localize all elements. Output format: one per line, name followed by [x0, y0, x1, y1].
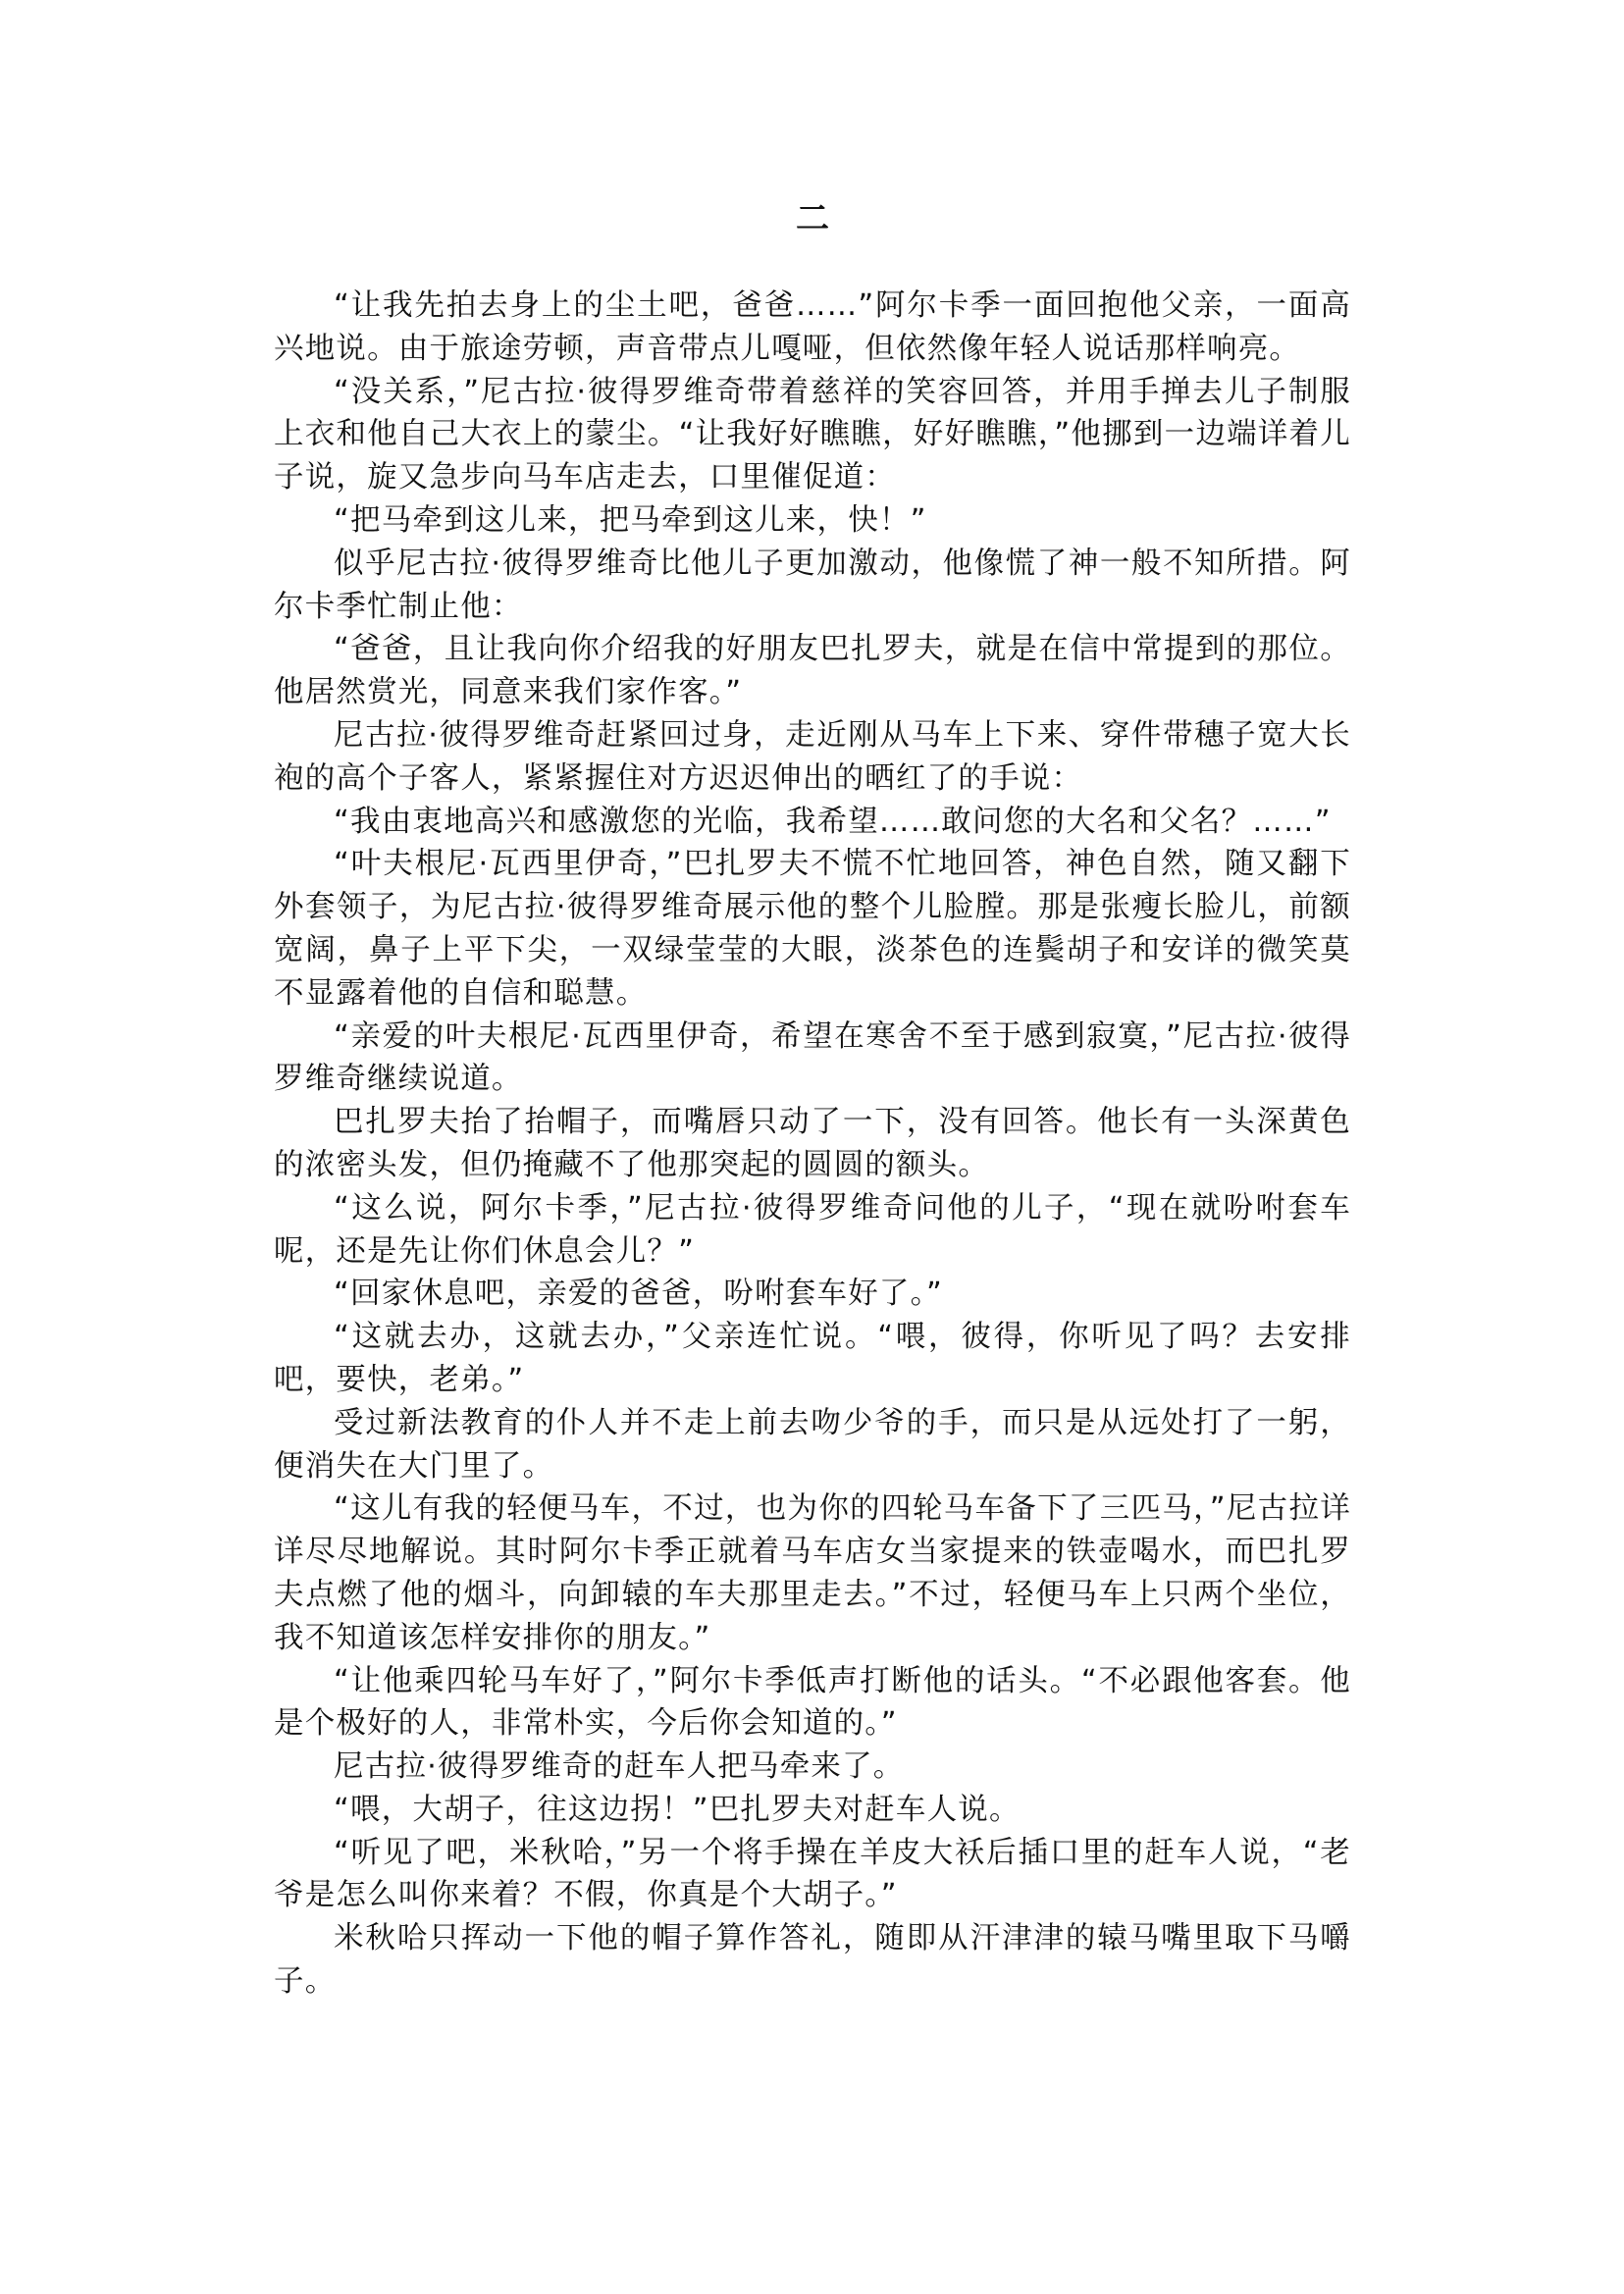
paragraph: “这就去办，这就去办，”父亲连忙说。“喂，彼得，你听见了吗？去安排吧，要快，老弟… [274, 1316, 1351, 1402]
paragraph: “把马牵到这儿来，把马牵到这儿来，快！” [274, 499, 1351, 543]
paragraph: “叶夫根尼·瓦西里伊奇，”巴扎罗夫不慌不忙地回答，神色自然，随又翻下外套领子，为… [274, 843, 1351, 1015]
paragraph: “听见了吧，米秋哈，”另一个将手操在羊皮大袄后插口里的赶车人说，“老爷是怎么叫你… [274, 1832, 1351, 1918]
paragraph: “这儿有我的轻便马车，不过，也为你的四轮马车备下了三匹马，”尼古拉详详尽尽地解说… [274, 1487, 1351, 1659]
paragraph: “喂，大胡子，往这边拐！”巴扎罗夫对赶车人说。 [274, 1789, 1351, 1832]
paragraph: “让他乘四轮马车好了，”阿尔卡季低声打断他的话头。“不必跟他客套。他是个极好的人… [274, 1660, 1351, 1747]
paragraph: “让我先拍去身上的尘土吧，爸爸……”阿尔卡季一面回抱他父亲，一面高兴地说。由于旅… [274, 285, 1351, 371]
chapter-title: 二 [274, 194, 1351, 243]
paragraph: 似乎尼古拉·彼得罗维奇比他儿子更加激动，他像慌了神一般不知所措。阿尔卡季忙制止他… [274, 543, 1351, 629]
paragraph: 尼古拉·彼得罗维奇的赶车人把马牵来了。 [274, 1746, 1351, 1789]
body-text: “让我先拍去身上的尘土吧，爸爸……”阿尔卡季一面回抱他父亲，一面高兴地说。由于旅… [274, 285, 1351, 2004]
paragraph: “爸爸，且让我向你介绍我的好朋友巴扎罗夫，就是在信中常提到的那位。他居然赏光，同… [274, 628, 1351, 714]
paragraph: “没关系，”尼古拉·彼得罗维奇带着慈祥的笑容回答，并用手掸去儿子制服上衣和他自己… [274, 371, 1351, 499]
paragraph: “这么说，阿尔卡季，”尼古拉·彼得罗维奇问他的儿子，“现在就吩咐套车呢，还是先让… [274, 1187, 1351, 1274]
paragraph: 米秋哈只挥动一下他的帽子算作答礼，随即从汗津津的辕马嘴里取下马嚼子。 [274, 1917, 1351, 2004]
paragraph: 巴扎罗夫抬了抬帽子，而嘴唇只动了一下，没有回答。他长有一头深黄色的浓密头发，但仍… [274, 1101, 1351, 1187]
paragraph: “我由衷地高兴和感激您的光临，我希望……敢问您的大名和父名？……” [274, 801, 1351, 844]
paragraph: 受过新法教育的仆人并不走上前去吻少爷的手，而只是从远处打了一躬，便消失在大门里了… [274, 1402, 1351, 1488]
paragraph: “回家休息吧，亲爱的爸爸，吩咐套车好了。” [274, 1273, 1351, 1316]
paragraph: 尼古拉·彼得罗维奇赶紧回过身，走近刚从马车上下来、穿件带穗子宽大长袍的高个子客人… [274, 714, 1351, 801]
paragraph: “亲爱的叶夫根尼·瓦西里伊奇，希望在寒舍不至于感到寂寞，”尼古拉·彼得罗维奇继续… [274, 1016, 1351, 1102]
